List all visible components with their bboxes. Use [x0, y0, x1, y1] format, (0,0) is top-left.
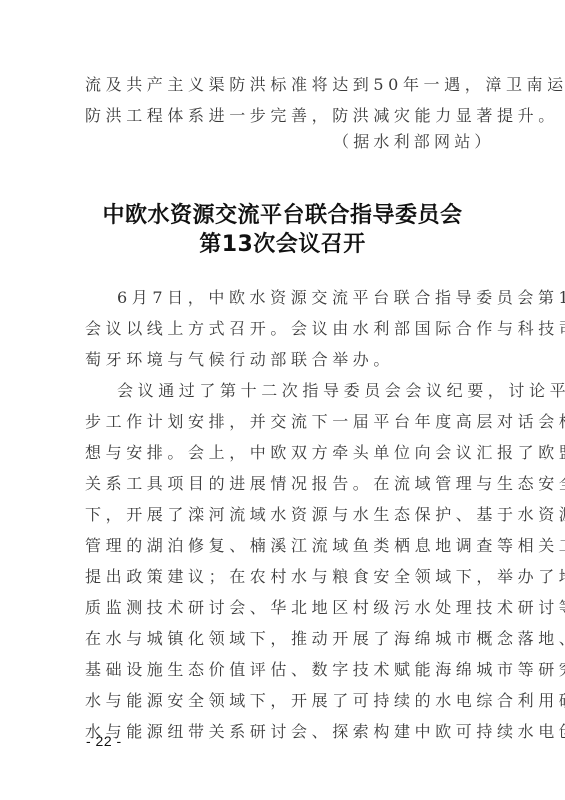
paragraph-line: 基础设施生态价值评估、数字技术赋能海绵城市等研究；在	[85, 660, 565, 680]
paragraph-line: 水与能源纽带关系研讨会、探索构建中欧可持续水电创新网	[85, 722, 565, 742]
paragraph-line: 萄牙环境与气候行动部联合举办。	[85, 350, 394, 370]
previous-article-line: 防洪工程体系进一步完善，防洪减灾能力显著提升。	[85, 106, 559, 126]
article-source: （据水利部网站）	[333, 132, 495, 152]
paragraph-line: 质监测技术研讨会、华北地区村级污水处理技术研讨等活动；	[85, 598, 565, 618]
paragraph-line: 提出政策建议；在农村水与粮食安全领域下，举办了地下水	[85, 567, 565, 587]
previous-article-line: 流及共产主义渠防洪标准将达到50年一遇，漳卫南运河系	[85, 75, 565, 95]
document-page: 流及共产主义渠防洪标准将达到50年一遇，漳卫南运河系 防洪工程体系进一步完善，防…	[0, 0, 565, 800]
paragraph-line: 下，开展了滦河流域水资源与水生态保护、基于水资源综合	[85, 505, 565, 525]
paragraph-line: 管理的湖泊修复、楠溪江流域鱼类栖息地调查等相关工作并	[85, 536, 565, 556]
paragraph-line: 在水与城镇化领域下，推动开展了海绵城市概念落地、蓝绿	[85, 629, 565, 649]
paragraph-line: 会议以线上方式召开。会议由水利部国际合作与科技司、葡	[85, 319, 565, 339]
paragraph-line: 会议通过了第十二次指导委员会会议纪要，讨论平台下	[117, 381, 565, 401]
article-title-line1: 中欧水资源交流平台联合指导委员会	[0, 203, 565, 229]
paragraph-line: 关系工具项目的进展情况报告。在流域管理与生态安全领域	[85, 474, 565, 494]
article-title-line2: 第13次会议召开	[0, 232, 565, 258]
paragraph-line: 6月7日，中欧水资源交流平台联合指导委员会第13次	[117, 288, 565, 308]
paragraph-line: 想与安排。会上，中欧双方牵头单位向会议汇报了欧盟伙伴	[85, 443, 565, 463]
paragraph-line: 步工作计划安排，并交流下一届平台年度高层对话会相关设	[85, 412, 565, 432]
page-number: - 22 -	[86, 733, 122, 749]
paragraph-line: 水与能源安全领域下，开展了可持续的水电综合利用研究、	[85, 691, 565, 711]
